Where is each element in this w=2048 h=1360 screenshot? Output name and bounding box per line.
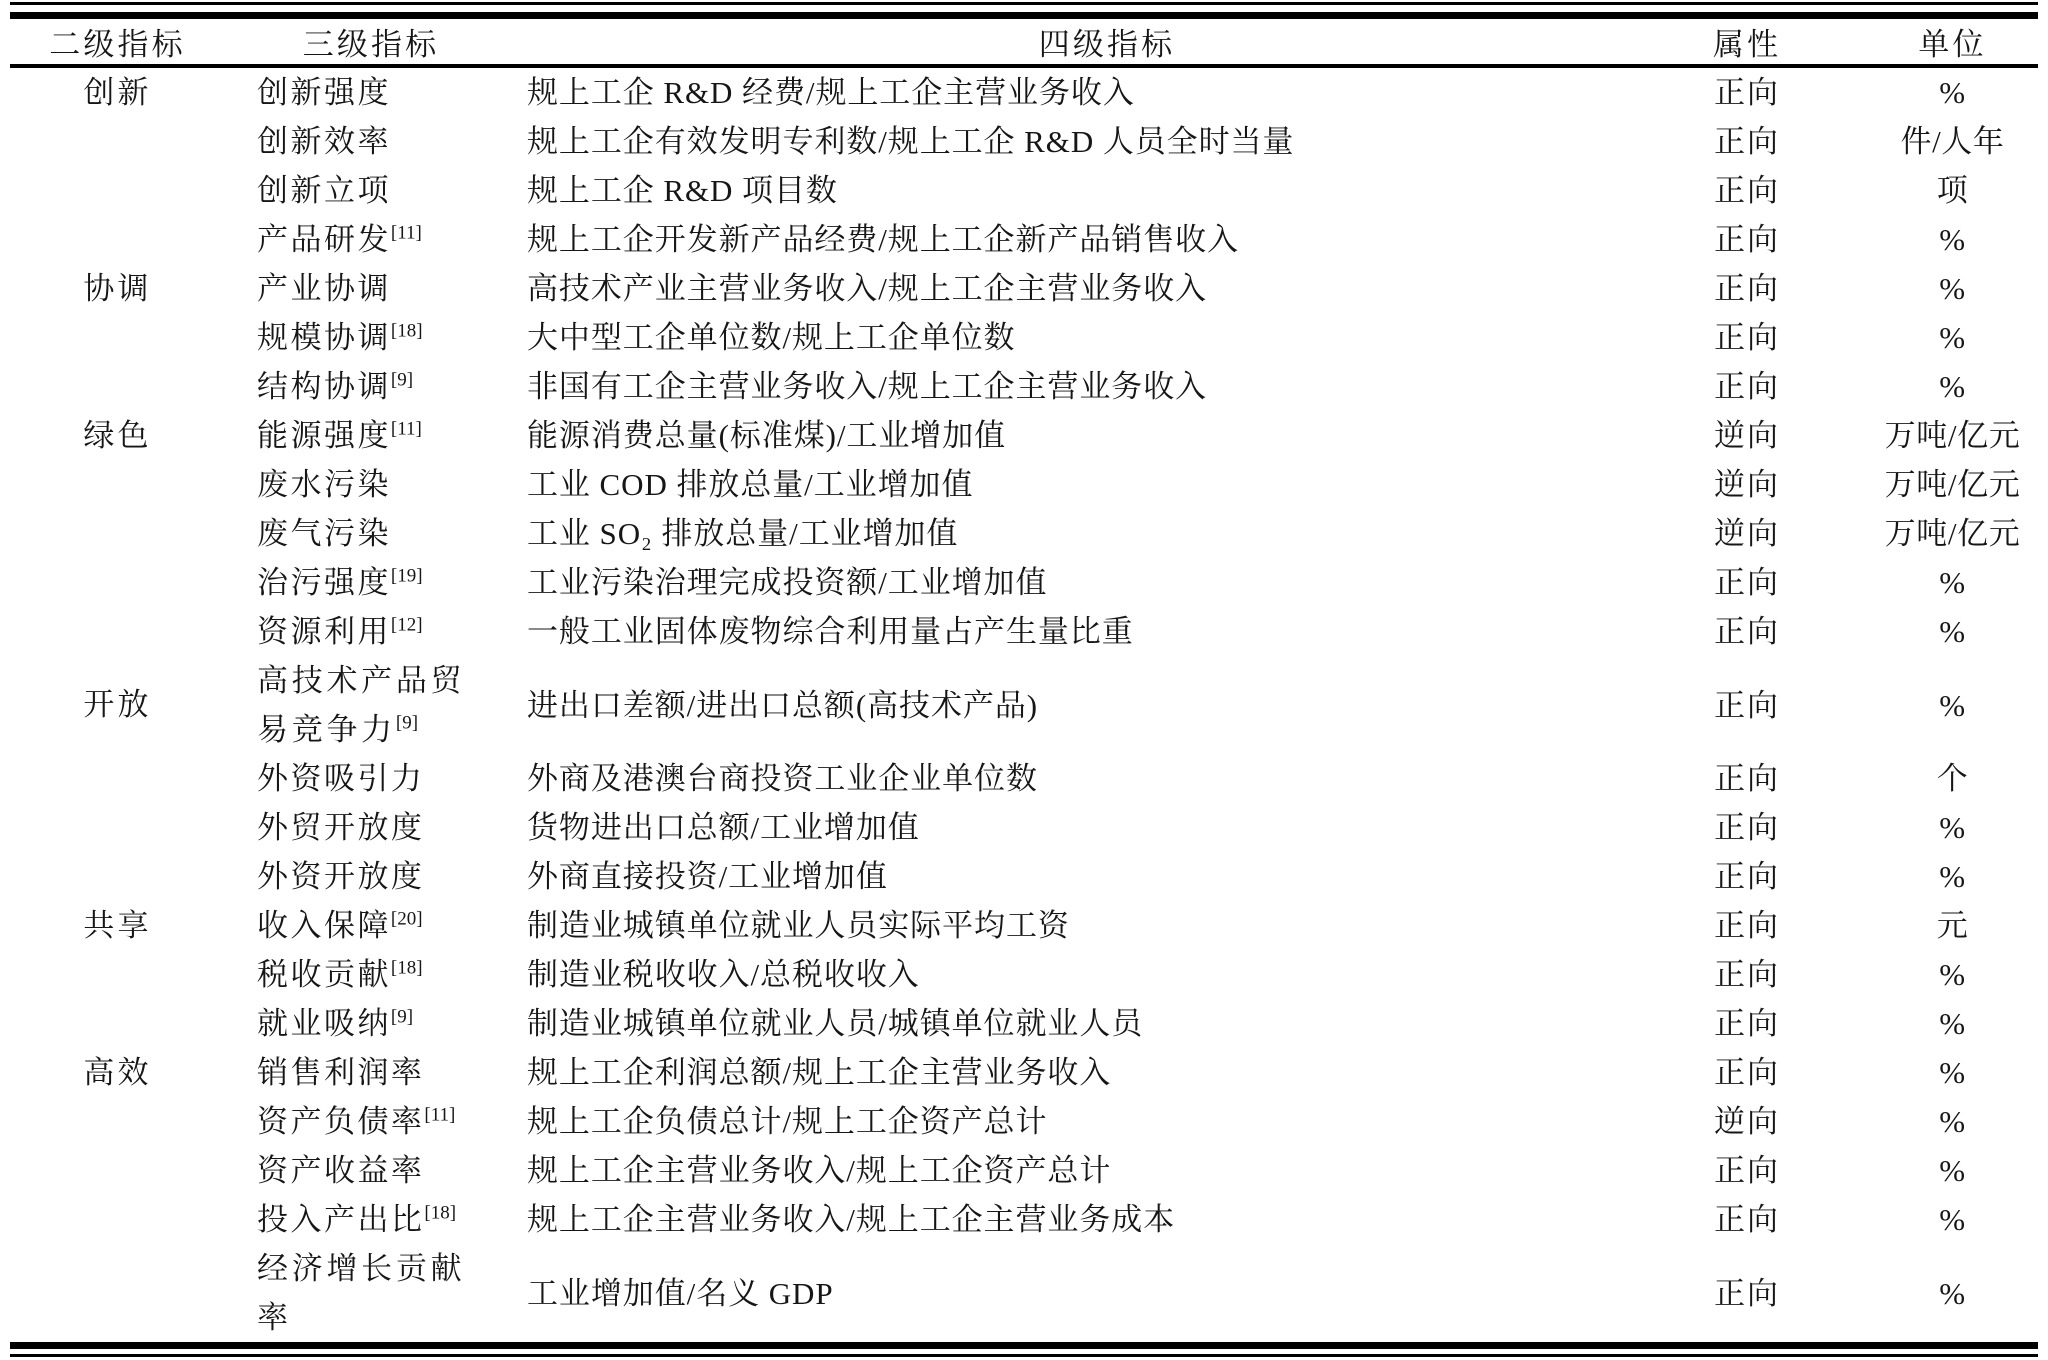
attribute-cell: 正向	[1627, 754, 1867, 803]
table-row: 产品研发[11]规上工企开发新产品经费/规上工企新产品销售收入正向%	[10, 215, 2038, 264]
unit-cell: %	[1867, 313, 2038, 362]
level4-cell: 规上工企主营业务收入/规上工企资产总计	[517, 1146, 1627, 1195]
unit-cell: 万吨/亿元	[1867, 411, 2038, 460]
level3-cell: 创新效率	[225, 117, 517, 166]
level2-group-label: 创新	[10, 68, 225, 117]
header-row: 二级指标 三级指标 四级指标 属性 单位	[10, 19, 2038, 64]
unit-cell: %	[1867, 1195, 2038, 1244]
unit-cell: %	[1867, 1146, 2038, 1195]
level4-cell: 大中型工企单位数/规上工企单位数	[517, 313, 1627, 362]
unit-cell: %	[1867, 607, 2038, 656]
level2-group-label: 高效	[10, 1048, 225, 1097]
attribute-cell: 正向	[1627, 558, 1867, 607]
level3-cell: 能源强度[11]	[225, 411, 517, 460]
reference-superscript: [9]	[396, 713, 418, 734]
table-row: 创新效率规上工企有效发明专利数/规上工企 R&D 人员全时当量正向件/人年	[10, 117, 2038, 166]
attribute-cell: 逆向	[1627, 411, 1867, 460]
unit-cell: %	[1867, 264, 2038, 313]
table-header: 二级指标 三级指标 四级指标 属性 单位	[10, 19, 2038, 64]
attribute-cell: 逆向	[1627, 460, 1867, 509]
level4-cell: 高技术产业主营业务收入/规上工企主营业务收入	[517, 264, 1627, 313]
level2-group-cell: 创新	[10, 68, 225, 264]
table-row: 外资吸引力外商及港澳台商投资工业企业单位数正向个	[10, 754, 2038, 803]
unit-cell: 项	[1867, 166, 2038, 215]
attribute-cell: 正向	[1627, 999, 1867, 1048]
unit-cell: 件/人年	[1867, 117, 2038, 166]
unit-cell: %	[1867, 852, 2038, 901]
top-rule-thin	[10, 2, 2038, 5]
reference-superscript: [11]	[391, 419, 422, 440]
level4-cell: 货物进出口总额/工业增加值	[517, 803, 1627, 852]
table-row: 外资开放度外商直接投资/工业增加值正向%	[10, 852, 2038, 901]
attribute-cell: 正向	[1627, 215, 1867, 264]
attribute-cell: 正向	[1627, 803, 1867, 852]
level2-group-cell: 高效	[10, 1048, 225, 1342]
attribute-cell: 正向	[1627, 166, 1867, 215]
level4-cell: 外商及港澳台商投资工业企业单位数	[517, 754, 1627, 803]
attribute-cell: 逆向	[1627, 509, 1867, 558]
table-row: 资产收益率规上工企主营业务收入/规上工企资产总计正向%	[10, 1146, 2038, 1195]
level3-cell: 创新立项	[225, 166, 517, 215]
table-row: 资产负债率[11]规上工企负债总计/规上工企资产总计逆向%	[10, 1097, 2038, 1146]
attribute-cell: 正向	[1627, 1146, 1867, 1195]
attribute-cell: 正向	[1627, 1244, 1867, 1342]
table-row: 资源利用[12]一般工业固体废物综合利用量占产生量比重正向%	[10, 607, 2038, 656]
attribute-cell: 正向	[1627, 68, 1867, 117]
unit-cell: %	[1867, 1048, 2038, 1097]
reference-superscript: [11]	[391, 223, 422, 244]
reference-superscript: [9]	[391, 370, 413, 391]
header-level2: 二级指标	[10, 19, 225, 64]
header-attribute: 属性	[1627, 19, 1867, 64]
level4-cell: 非国有工企主营业务收入/规上工企主营业务收入	[517, 362, 1627, 411]
unit-cell: %	[1867, 215, 2038, 264]
level2-group-cell: 开放	[10, 656, 225, 901]
level3-cell: 外资吸引力	[225, 754, 517, 803]
level4-cell: 规上工企 R&D 经费/规上工企主营业务收入	[517, 68, 1627, 117]
table-row: 规模协调[18]大中型工企单位数/规上工企单位数正向%	[10, 313, 2038, 362]
reference-superscript: [20]	[391, 909, 423, 930]
level4-cell: 制造业城镇单位就业人员/城镇单位就业人员	[517, 999, 1627, 1048]
reference-superscript: [12]	[391, 615, 423, 636]
table-row: 创新立项规上工企 R&D 项目数正向项	[10, 166, 2038, 215]
unit-cell: %	[1867, 803, 2038, 852]
table-row: 经济增长贡献率工业增加值/名义 GDP正向%	[10, 1244, 2038, 1342]
table-row: 税收贡献[18]制造业税收收入/总税收收入正向%	[10, 950, 2038, 999]
level2-group-cell: 绿色	[10, 411, 225, 656]
level4-cell: 规上工企负债总计/规上工企资产总计	[517, 1097, 1627, 1146]
attribute-cell: 正向	[1627, 950, 1867, 999]
unit-cell: %	[1867, 362, 2038, 411]
level4-cell: 工业 COD 排放总量/工业增加值	[517, 460, 1627, 509]
level4-cell: 规上工企开发新产品经费/规上工企新产品销售收入	[517, 215, 1627, 264]
level3-cell: 税收贡献[18]	[225, 950, 517, 999]
unit-cell: 万吨/亿元	[1867, 460, 2038, 509]
level2-group-label: 开放	[10, 656, 225, 754]
level2-group-label: 协调	[10, 264, 225, 313]
header-unit: 单位	[1867, 19, 2038, 64]
bottom-rule-thin	[10, 1354, 2038, 1357]
level2-group-cell: 共享	[10, 901, 225, 1048]
top-rule-thick	[10, 12, 2038, 19]
indicator-table: 二级指标 三级指标 四级指标 属性 单位	[10, 19, 2038, 64]
header-level3: 三级指标	[225, 19, 517, 64]
unit-cell: %	[1867, 1097, 2038, 1146]
table-row: 结构协调[9]非国有工企主营业务收入/规上工企主营业务收入正向%	[10, 362, 2038, 411]
attribute-cell: 正向	[1627, 1048, 1867, 1097]
reference-superscript: [18]	[391, 958, 423, 979]
unit-cell: 元	[1867, 901, 2038, 950]
level3-cell: 废水污染	[225, 460, 517, 509]
attribute-cell: 正向	[1627, 362, 1867, 411]
level3-cell: 外贸开放度	[225, 803, 517, 852]
table-row: 协调产业协调高技术产业主营业务收入/规上工企主营业务收入正向%	[10, 264, 2038, 313]
level3-cell: 资产收益率	[225, 1146, 517, 1195]
reference-superscript: [19]	[391, 566, 423, 587]
level4-cell: 工业增加值/名义 GDP	[517, 1244, 1627, 1342]
paper-table-page: 二级指标 三级指标 四级指标 属性 单位 创新创新强度规上工企 R&D 经费/规…	[0, 0, 2048, 1360]
unit-cell: %	[1867, 950, 2038, 999]
attribute-cell: 正向	[1627, 901, 1867, 950]
attribute-cell: 正向	[1627, 313, 1867, 362]
level3-cell: 资源利用[12]	[225, 607, 517, 656]
level3-cell: 高技术产品贸易竞争力[9]	[225, 656, 517, 754]
unit-cell: %	[1867, 656, 2038, 754]
level3-cell: 治污强度[19]	[225, 558, 517, 607]
table-row: 就业吸纳[9]制造业城镇单位就业人员/城镇单位就业人员正向%	[10, 999, 2038, 1048]
level2-group-cell: 协调	[10, 264, 225, 411]
attribute-cell: 正向	[1627, 264, 1867, 313]
level3-cell: 销售利润率	[225, 1048, 517, 1097]
level3-label: 高技术产品贸易竞争力[9]	[257, 656, 477, 754]
level3-cell: 规模协调[18]	[225, 313, 517, 362]
level3-cell: 外资开放度	[225, 852, 517, 901]
level2-group-label: 共享	[10, 901, 225, 950]
unit-cell: %	[1867, 1244, 2038, 1342]
unit-cell: 个	[1867, 754, 2038, 803]
level3-label: 经济增长贡献率	[257, 1244, 477, 1342]
level4-cell: 一般工业固体废物综合利用量占产生量比重	[517, 607, 1627, 656]
reference-superscript: [9]	[391, 1007, 413, 1028]
attribute-cell: 正向	[1627, 117, 1867, 166]
header-level4: 四级指标	[517, 19, 1627, 64]
level4-cell: 制造业税收收入/总税收收入	[517, 950, 1627, 999]
table-row: 共享收入保障[20]制造业城镇单位就业人员实际平均工资正向元	[10, 901, 2038, 950]
level4-cell: 工业污染治理完成投资额/工业增加值	[517, 558, 1627, 607]
attribute-cell: 正向	[1627, 656, 1867, 754]
unit-cell: %	[1867, 999, 2038, 1048]
table-row: 开放高技术产品贸易竞争力[9]进出口差额/进出口总额(高技术产品)正向%	[10, 656, 2038, 754]
level3-cell: 资产负债率[11]	[225, 1097, 517, 1146]
bottom-rule-thick	[10, 1342, 2038, 1349]
indicator-table-body: 创新创新强度规上工企 R&D 经费/规上工企主营业务收入正向%创新效率规上工企有…	[10, 68, 2038, 1342]
attribute-cell: 逆向	[1627, 1097, 1867, 1146]
level4-cell: 能源消费总量(标准煤)/工业增加值	[517, 411, 1627, 460]
table-row: 废水污染工业 COD 排放总量/工业增加值逆向万吨/亿元	[10, 460, 2038, 509]
table-row: 治污强度[19]工业污染治理完成投资额/工业增加值正向%	[10, 558, 2038, 607]
reference-superscript: [11]	[424, 1105, 455, 1126]
unit-cell: %	[1867, 68, 2038, 117]
attribute-cell: 正向	[1627, 607, 1867, 656]
table-row: 废气污染工业 SO₂ 排放总量/工业增加值逆向万吨/亿元	[10, 509, 2038, 558]
table-row: 创新创新强度规上工企 R&D 经费/规上工企主营业务收入正向%	[10, 68, 2038, 117]
table-row: 高效销售利润率规上工企利润总额/规上工企主营业务收入正向%	[10, 1048, 2038, 1097]
level4-cell: 规上工企主营业务收入/规上工企主营业务成本	[517, 1195, 1627, 1244]
unit-cell: %	[1867, 558, 2038, 607]
level3-cell: 产业协调	[225, 264, 517, 313]
level4-cell: 进出口差额/进出口总额(高技术产品)	[517, 656, 1627, 754]
level4-cell: 外商直接投资/工业增加值	[517, 852, 1627, 901]
level3-cell: 收入保障[20]	[225, 901, 517, 950]
reference-superscript: [18]	[391, 321, 423, 342]
level3-cell: 投入产出比[18]	[225, 1195, 517, 1244]
unit-cell: 万吨/亿元	[1867, 509, 2038, 558]
level3-cell: 创新强度	[225, 68, 517, 117]
level4-cell: 规上工企利润总额/规上工企主营业务收入	[517, 1048, 1627, 1097]
table-body: 创新创新强度规上工企 R&D 经费/规上工企主营业务收入正向%创新效率规上工企有…	[10, 68, 2038, 1342]
attribute-cell: 正向	[1627, 852, 1867, 901]
level4-cell: 规上工企 R&D 项目数	[517, 166, 1627, 215]
level3-cell: 经济增长贡献率	[225, 1244, 517, 1342]
level4-cell: 工业 SO₂ 排放总量/工业增加值	[517, 509, 1627, 558]
attribute-cell: 正向	[1627, 1195, 1867, 1244]
table-row: 绿色能源强度[11]能源消费总量(标准煤)/工业增加值逆向万吨/亿元	[10, 411, 2038, 460]
level4-cell: 规上工企有效发明专利数/规上工企 R&D 人员全时当量	[517, 117, 1627, 166]
reference-superscript: [18]	[424, 1203, 456, 1224]
level3-cell: 结构协调[9]	[225, 362, 517, 411]
level3-cell: 就业吸纳[9]	[225, 999, 517, 1048]
level4-cell: 制造业城镇单位就业人员实际平均工资	[517, 901, 1627, 950]
level2-group-label: 绿色	[10, 411, 225, 460]
table-row: 投入产出比[18]规上工企主营业务收入/规上工企主营业务成本正向%	[10, 1195, 2038, 1244]
level3-cell: 废气污染	[225, 509, 517, 558]
level3-cell: 产品研发[11]	[225, 215, 517, 264]
table-row: 外贸开放度货物进出口总额/工业增加值正向%	[10, 803, 2038, 852]
